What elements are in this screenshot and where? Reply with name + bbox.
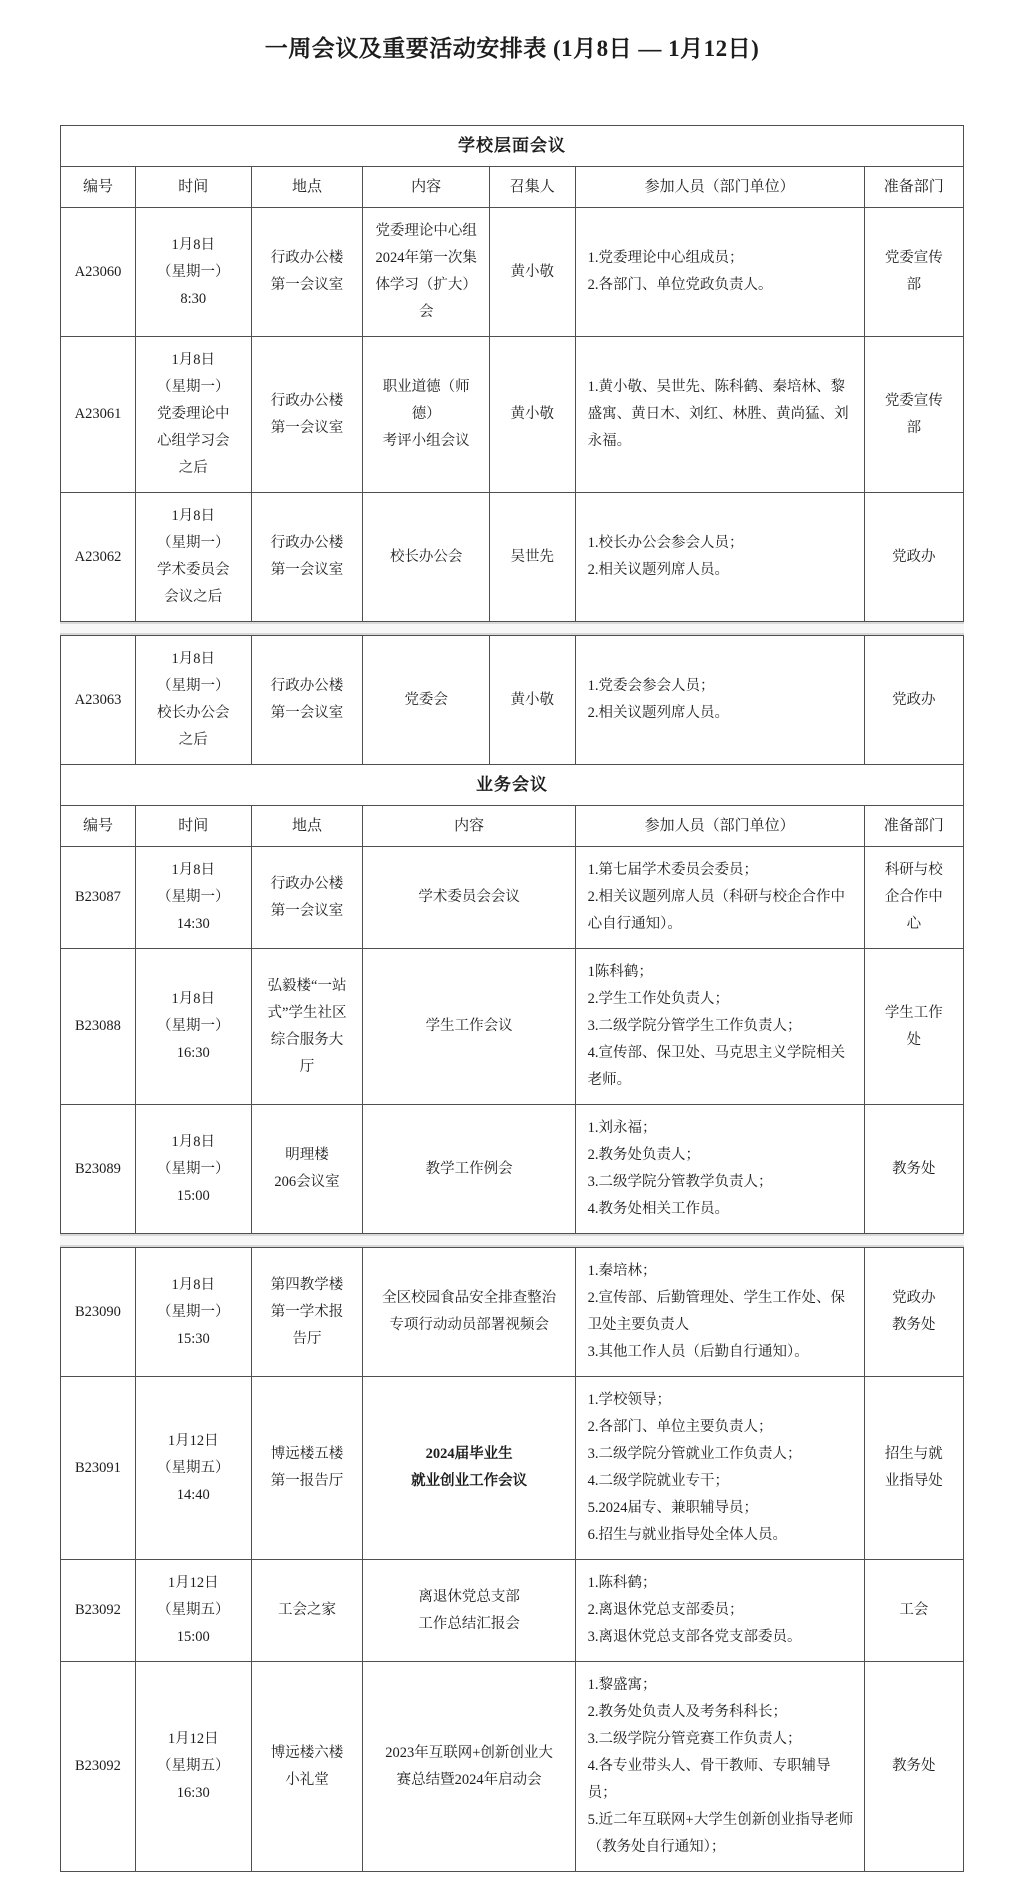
meeting-participants: 1.学校领导； 2.各部门、单位主要负责人； 3.二级学院分管就业工作负责人； … — [575, 1377, 864, 1560]
table-row-b23092-competition: B23092 1月12日 （星期五） 16:30 博远楼六楼 小礼堂 2023年… — [61, 1662, 964, 1872]
section-title: 业务会议 — [61, 765, 964, 806]
meeting-id: B23092 — [61, 1560, 136, 1662]
col-header-participants: 参加人员（部门单位） — [575, 167, 864, 208]
meeting-content: 学生工作会议 — [363, 949, 575, 1105]
page-break-gap — [60, 622, 964, 635]
meeting-id: A23060 — [61, 208, 136, 337]
meeting-prep-dept: 工会 — [864, 1560, 963, 1662]
col-header-prep: 准备部门 — [864, 167, 963, 208]
meeting-prep-dept: 党委宣传 部 — [864, 337, 963, 493]
meeting-prep-dept: 党委宣传 部 — [864, 208, 963, 337]
meeting-prep-dept: 党政办 — [864, 493, 963, 622]
meeting-place: 行政办公楼 第一会议室 — [251, 208, 363, 337]
meeting-convener: 黄小敬 — [489, 337, 575, 493]
meeting-content: 党委理论中心组 2024年第一次集 体学习（扩大）会 — [363, 208, 489, 337]
table-row-a23061: A23061 1月8日 （星期一） 党委理论中 心组学习会 之后 行政办公楼 第… — [61, 337, 964, 493]
col-header-id: 编号 — [61, 167, 136, 208]
meeting-participants: 1.黄小敬、吴世先、陈科鹤、秦培林、黎盛寓、黄日木、刘红、林胜、黄尚猛、刘永福。 — [575, 337, 864, 493]
meeting-id: B23092 — [61, 1662, 136, 1872]
meeting-participants: 1.陈科鹤； 2.离退休党总支部委员； 3.离退休党总支部各党支部委员。 — [575, 1560, 864, 1662]
meeting-id: B23089 — [61, 1105, 136, 1234]
meeting-id: A23062 — [61, 493, 136, 622]
table-row-a23060: A23060 1月8日 （星期一） 8:30 行政办公楼 第一会议室 党委理论中… — [61, 208, 964, 337]
meetings-table-block-3: B23090 1月8日 （星期一） 15:30 第四教学楼 第一学术报 告厅 全… — [60, 1247, 964, 1872]
meeting-content: 校长办公会 — [363, 493, 489, 622]
meeting-id: A23061 — [61, 337, 136, 493]
meeting-content: 职业道德（师德） 考评小组会议 — [363, 337, 489, 493]
meeting-convener: 黄小敬 — [489, 208, 575, 337]
col-header-participants: 参加人员（部门单位） — [575, 806, 864, 847]
meeting-place: 行政办公楼 第一会议室 — [251, 493, 363, 622]
section-title: 学校层面会议 — [61, 126, 964, 167]
page-title: 一周会议及重要活动安排表 (1月8日 — 1月12日) — [0, 30, 1024, 63]
meeting-place: 弘毅楼“一站 式”学生社区 综合服务大 厅 — [251, 949, 363, 1105]
table-row-b23090: B23090 1月8日 （星期一） 15:30 第四教学楼 第一学术报 告厅 全… — [61, 1248, 964, 1377]
meeting-id: B23088 — [61, 949, 136, 1105]
table-row-b23092-union: B23092 1月12日 （星期五） 15:00 工会之家 离退休党总支部 工作… — [61, 1560, 964, 1662]
table-row-b23088: B23088 1月8日 （星期一） 16:30 弘毅楼“一站 式”学生社区 综合… — [61, 949, 964, 1105]
meeting-time: 1月8日 （星期一） 15:30 — [135, 1248, 251, 1377]
meeting-place: 明理楼 206会议室 — [251, 1105, 363, 1234]
col-header-content: 内容 — [363, 806, 575, 847]
meeting-content: 2023年互联网+创新创业大 赛总结暨2024年启动会 — [363, 1662, 575, 1872]
meeting-participants: 1.党委会参会人员； 2.相关议题列席人员。 — [575, 636, 864, 765]
table-row-b23089: B23089 1月8日 （星期一） 15:00 明理楼 206会议室 教学工作例… — [61, 1105, 964, 1234]
table-row-b23091: B23091 1月12日 （星期五） 14:40 博远楼五楼 第一报告厅 202… — [61, 1377, 964, 1560]
col-header-convener: 召集人 — [489, 167, 575, 208]
col-header-place: 地点 — [251, 806, 363, 847]
meeting-prep-dept: 党政办 教务处 — [864, 1248, 963, 1377]
table-row-b23087: B23087 1月8日 （星期一） 14:30 行政办公楼 第一会议室 学术委员… — [61, 847, 964, 949]
meeting-id: B23087 — [61, 847, 136, 949]
meeting-time: 1月8日 （星期一） 8:30 — [135, 208, 251, 337]
meeting-place: 行政办公楼 第一会议室 — [251, 337, 363, 493]
meeting-convener: 吴世先 — [489, 493, 575, 622]
meeting-prep-dept: 科研与校 企合作中 心 — [864, 847, 963, 949]
meeting-time: 1月12日 （星期五） 15:00 — [135, 1560, 251, 1662]
meeting-prep-dept: 教务处 — [864, 1105, 963, 1234]
school-meetings-table-block-1: 学校层面会议 编号 时间 地点 内容 召集人 参加人员（部门单位） 准备部门 A… — [60, 125, 964, 622]
meeting-id: A23063 — [61, 636, 136, 765]
schedule-sheet: 学校层面会议 编号 时间 地点 内容 召集人 参加人员（部门单位） 准备部门 A… — [60, 125, 964, 1872]
meeting-time: 1月12日 （星期五） 16:30 — [135, 1662, 251, 1872]
meeting-place: 博远楼五楼 第一报告厅 — [251, 1377, 363, 1560]
meeting-convener: 黄小敬 — [489, 636, 575, 765]
table-row-a23063: A23063 1月8日 （星期一） 校长办公会 之后 行政办公楼 第一会议室 党… — [61, 636, 964, 765]
meeting-time: 1月8日 （星期一） 学术委员会 会议之后 — [135, 493, 251, 622]
meeting-participants: 1.校长办公会参会人员； 2.相关议题列席人员。 — [575, 493, 864, 622]
col-header-id: 编号 — [61, 806, 136, 847]
meeting-participants: 1.黎盛寓； 2.教务处负责人及考务科科长； 3.二级学院分管竞赛工作负责人； … — [575, 1662, 864, 1872]
meeting-content: 离退休党总支部 工作总结汇报会 — [363, 1560, 575, 1662]
meeting-place: 博远楼六楼 小礼堂 — [251, 1662, 363, 1872]
meeting-place: 行政办公楼 第一会议室 — [251, 847, 363, 949]
meeting-time: 1月12日 （星期五） 14:40 — [135, 1377, 251, 1560]
meeting-time: 1月8日 （星期一） 党委理论中 心组学习会 之后 — [135, 337, 251, 493]
column-header-row: 编号 时间 地点 内容 参加人员（部门单位） 准备部门 — [61, 806, 964, 847]
meeting-participants: 1陈科鹤； 2.学生工作处负责人； 3.二级学院分管学生工作负责人； 4.宣传部… — [575, 949, 864, 1105]
col-header-content: 内容 — [363, 167, 489, 208]
meeting-content: 党委会 — [363, 636, 489, 765]
meeting-participants: 1.秦培林； 2.宣传部、后勤管理处、学生工作处、保卫处主要负责人 3.其他工作… — [575, 1248, 864, 1377]
meeting-place: 工会之家 — [251, 1560, 363, 1662]
col-header-time: 时间 — [135, 806, 251, 847]
meetings-table-block-2: A23063 1月8日 （星期一） 校长办公会 之后 行政办公楼 第一会议室 党… — [60, 635, 964, 1234]
col-header-place: 地点 — [251, 167, 363, 208]
meeting-participants: 1.党委理论中心组成员； 2.各部门、单位党政负责人。 — [575, 208, 864, 337]
table-row-a23062: A23062 1月8日 （星期一） 学术委员会 会议之后 行政办公楼 第一会议室… — [61, 493, 964, 622]
meeting-prep-dept: 党政办 — [864, 636, 963, 765]
meeting-time: 1月8日 （星期一） 15:00 — [135, 1105, 251, 1234]
meeting-content: 教学工作例会 — [363, 1105, 575, 1234]
meeting-participants: 1.刘永福； 2.教务处负责人； 3.二级学院分管教学负责人； 4.教务处相关工… — [575, 1105, 864, 1234]
meeting-id: B23091 — [61, 1377, 136, 1560]
meeting-prep-dept: 招生与就 业指导处 — [864, 1377, 963, 1560]
col-header-prep: 准备部门 — [864, 806, 963, 847]
meeting-place: 第四教学楼 第一学术报 告厅 — [251, 1248, 363, 1377]
meeting-time: 1月8日 （星期一） 校长办公会 之后 — [135, 636, 251, 765]
meeting-id: B23090 — [61, 1248, 136, 1377]
meeting-time: 1月8日 （星期一） 16:30 — [135, 949, 251, 1105]
meeting-prep-dept: 教务处 — [864, 1662, 963, 1872]
meeting-content: 学术委员会会议 — [363, 847, 575, 949]
meeting-prep-dept: 学生工作 处 — [864, 949, 963, 1105]
meeting-content: 2024届毕业生 就业创业工作会议 — [363, 1377, 575, 1560]
column-header-row: 编号 时间 地点 内容 召集人 参加人员（部门单位） 准备部门 — [61, 167, 964, 208]
page-break-gap — [60, 1234, 964, 1247]
meeting-time: 1月8日 （星期一） 14:30 — [135, 847, 251, 949]
meeting-participants: 1.第七届学术委员会委员； 2.相关议题列席人员（科研与校企合作中心自行通知）。 — [575, 847, 864, 949]
meeting-content: 全区校园食品安全排查整治 专项行动动员部署视频会 — [363, 1248, 575, 1377]
col-header-time: 时间 — [135, 167, 251, 208]
meeting-place: 行政办公楼 第一会议室 — [251, 636, 363, 765]
section-header-school: 学校层面会议 — [61, 126, 964, 167]
section-header-business: 业务会议 — [61, 765, 964, 806]
